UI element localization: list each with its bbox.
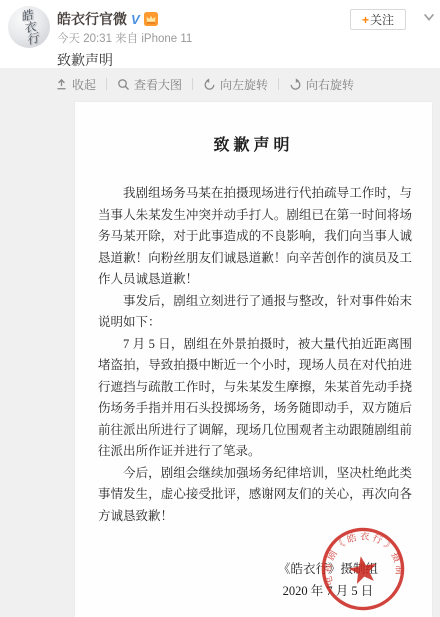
arrow-up-from-line-icon: [55, 78, 68, 91]
plus-icon: +: [362, 13, 369, 27]
statement-paragraph: 7 月 5 日，剧组在外景拍摄时，被大量代拍近距离围堵盗拍，导致拍摄中断近一个小…: [98, 334, 412, 463]
user-name-row: 皓衣行官微 V: [57, 9, 158, 29]
statement-paragraph: 我剧组场务马某在拍摄现场进行代拍疏导工作时，与当事人朱某发生冲突并动手打人。剧组…: [98, 183, 412, 291]
statement-body: 我剧组场务马某在拍摄现场进行代拍疏导工作时，与当事人朱某发生冲突并动手打人。剧组…: [98, 183, 412, 527]
image-toolbar: 收起 查看大图 向左旋转 向右旋转: [55, 72, 354, 96]
statement-title: 致歉声明: [75, 132, 432, 155]
seal-star: [347, 554, 379, 585]
collapse-label: 收起: [72, 76, 96, 93]
post-text: 致歉声明: [57, 50, 113, 70]
statement-paragraph: 今后，剧组会继续加强场务纪律培训，坚决杜绝此类事情发生，虚心接受批评，感谢网友们…: [98, 463, 412, 528]
toolbar-divider: [278, 78, 279, 90]
rotate-right-button[interactable]: 向右旋转: [289, 76, 354, 93]
statement-paragraph: 事发后，剧组立刻进行了通报与整改，针对事件始末说明如下：: [98, 291, 412, 334]
avatar[interactable]: 皓衣行: [8, 6, 50, 48]
verified-v-icon: V: [131, 12, 140, 27]
chevron-down-icon[interactable]: [422, 10, 436, 24]
avatar-calligraphy-text: 皓衣行: [19, 8, 39, 46]
collapse-button[interactable]: 收起: [55, 76, 96, 93]
rotate-counterclockwise-icon: [203, 78, 216, 91]
rotate-left-button[interactable]: 向左旋转: [203, 76, 268, 93]
apology-statement-image[interactable]: 致歉声明 我剧组场务马某在拍摄现场进行代拍疏导工作时，与当事人朱某发生冲突并动手…: [75, 102, 432, 617]
username-link[interactable]: 皓衣行官微: [57, 9, 127, 29]
post-timestamp-source: 今天 20:31 来自 iPhone 11: [57, 30, 192, 46]
post-header: 皓衣行 皓衣行官微 V 今天 20:31 来自 iPhone 11 致歉声明 +…: [0, 0, 440, 68]
follow-button[interactable]: + 关注: [350, 9, 406, 30]
view-large-label: 查看大图: [134, 76, 182, 93]
follow-button-label: 关注: [370, 11, 394, 28]
view-large-image-button[interactable]: 查看大图: [117, 76, 182, 93]
membership-crown-icon: [144, 12, 158, 26]
rotate-left-label: 向左旋转: [220, 76, 268, 93]
magnifier-icon: [117, 78, 130, 91]
toolbar-divider: [106, 78, 107, 90]
rotate-clockwise-icon: [289, 78, 302, 91]
rotate-right-label: 向右旋转: [306, 76, 354, 93]
red-seal-stamp: 电视剧《皓衣行》摄制组: [313, 519, 413, 617]
toolbar-divider: [192, 78, 193, 90]
